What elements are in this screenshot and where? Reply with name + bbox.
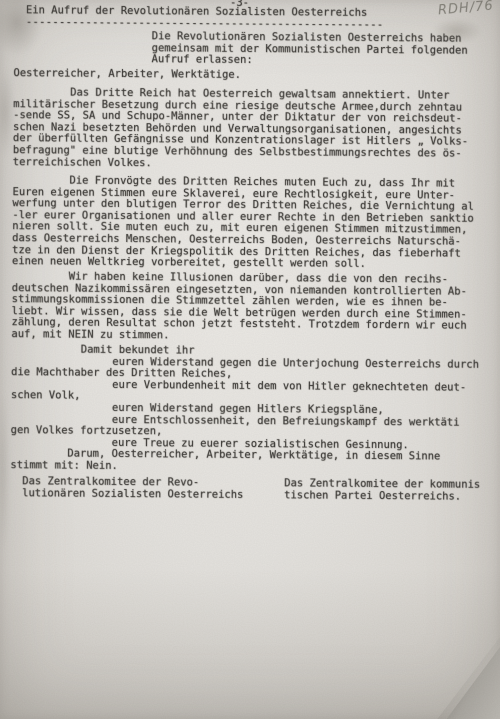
signature-right: Das Zentralkomitee der kommunis tischen … [284,478,480,503]
title-underline: ----------------------------------------… [26,17,384,31]
appeal-list-block: Damit bekundet ihr euren Widerstand gege… [10,344,479,475]
paragraph-annexation: Das Dritte Reich hat Oesterreich gewalts… [13,87,469,172]
paragraph-fronvoegte: Die Fronvögte des Dritten Reiches muten … [12,175,474,271]
salutation-line: Oesterreicher, Arbeiter, Werktätige. [13,68,241,81]
signature-left: Das Zentralkomitee der Revo- lutionären … [22,476,243,501]
paragraph-illusionen: Wir haben keine Illusionen darüber, dass… [11,271,467,344]
typewritten-text-layer: -3- Ein Aufruf der Revolutionären Sozial… [0,0,500,719]
intro-paragraph: Die Revolutionären Sozialisten Oesterrei… [151,31,467,68]
scanned-document-page: -3- Ein Aufruf der Revolutionären Sozial… [0,0,500,719]
